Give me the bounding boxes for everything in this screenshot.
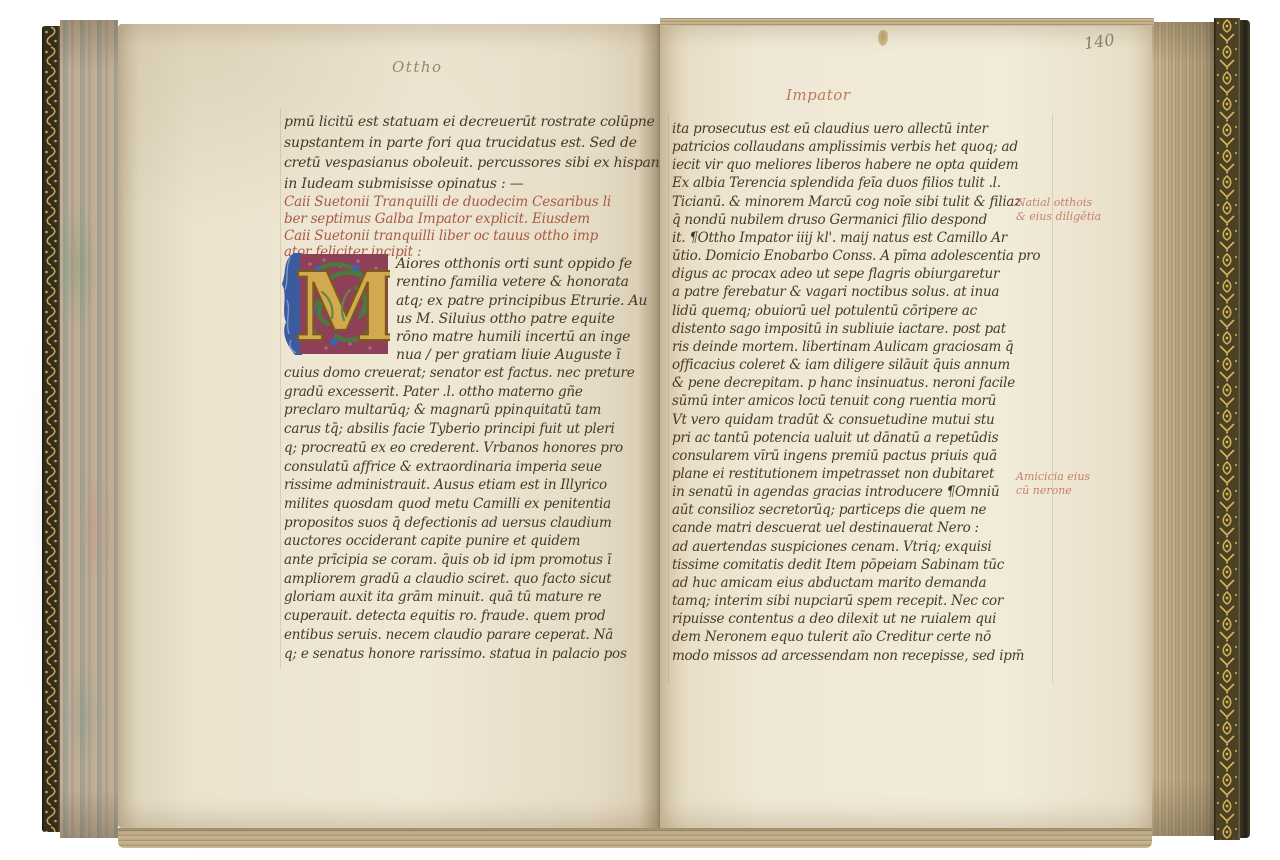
galba-ending-paragraph: pmū licitū est statuam ei decreuerūt ros…: [284, 112, 660, 194]
text-line: rōno matre humili incertū an inge: [396, 328, 647, 346]
ink-stain: [878, 30, 888, 46]
text-line: distento sago impositū in subliuie iacta…: [672, 320, 1040, 338]
otho-body-text-right: ita prosecutus est eū claudius uero alle…: [672, 120, 1040, 665]
text-line: supstantem in parte fori qua trucidatus …: [284, 133, 660, 154]
text-line: nua / per gratiam liuie Auguste ī: [396, 346, 647, 364]
text-line: gloriam auxit ita grām minuit. quā tū ma…: [284, 588, 635, 607]
text-line: lidū quemq; obuiorū uel potulentū cōripe…: [672, 302, 1040, 320]
text-line: ampliorem gradū a claudio sciret. quo fa…: [284, 570, 635, 589]
text-line: ante prīcipia se coram. q̄uis ob id ipm …: [284, 551, 635, 570]
right-page: Impator 140 ita prosecutus est eū claudi…: [660, 24, 1154, 832]
text-line: preclaro multarūq; & magnarū ppinquitatū…: [284, 401, 635, 420]
text-line: Amicicia eius: [1016, 470, 1090, 484]
text-line: propositos suos q̄ defectionis ad uersus…: [284, 514, 635, 533]
text-line: ris deinde mortem. libertinam Aulicam gr…: [672, 338, 1040, 356]
text-line: in senatū in agendas gracias introducere…: [672, 483, 1040, 501]
text-line: tamq; interim sibi nupciarū spem recepit…: [672, 592, 1040, 610]
folio-number: 140: [1083, 30, 1116, 53]
text-line: Caii Suetonii Tranquilli de duodecim Ces…: [284, 194, 611, 211]
text-line: us M. Siluius ottho patre equite: [396, 310, 647, 328]
left-cover-gilt-edge: [42, 26, 60, 832]
text-line: ripuisse contentus a deo dilexit ut ne r…: [672, 610, 1040, 628]
ruling-line: [668, 114, 669, 684]
text-line: patricios collaudans amplissimis verbis …: [672, 138, 1040, 156]
right-cover-edge: [1240, 20, 1250, 838]
text-line: consularem vīrū ingens premiū pactus pri…: [672, 447, 1040, 465]
text-line: rentino familia vetere & honorata: [396, 273, 647, 291]
right-page-block-fore-edge: [1152, 22, 1214, 836]
open-manuscript-book: Ottho pmū licitū est statuam ei decreuer…: [42, 16, 1250, 844]
text-line: ūtio. Domicio Enobarbo Conss. A pīma ado…: [672, 247, 1040, 265]
text-line: modo missos ad arcessendam non recepisse…: [672, 647, 1040, 665]
text-line: Ex albia Terencia splendida feīa duos fi…: [672, 174, 1040, 192]
text-line: milites quosdam quod metu Camilli ex pen…: [284, 495, 635, 514]
text-line: q; e senatus honore rarissimo. statua in…: [284, 645, 635, 664]
text-line: cuius domo creuerat; senator est factus.…: [284, 364, 635, 383]
text-line: Vt vero quidam tradūt & consuetudine mut…: [672, 411, 1040, 429]
text-line: sūmū inter amicos locū tenuit cong ruent…: [672, 392, 1040, 410]
text-line: pmū licitū est statuam ei decreuerūt ros…: [284, 112, 660, 133]
text-line: in Iudeam submisisse opinatus : —: [284, 174, 660, 195]
margin-note-birth-of-otho: Natial otthois& eius diligētia: [1016, 196, 1101, 224]
text-line: q̄ nondū nubilem druso Germanici filio d…: [672, 211, 1040, 229]
text-line: ber septimus Galba Impator explicit. Eiu…: [284, 211, 611, 228]
text-line: pri ac tantū potencia ualuit ut dānatū a…: [672, 429, 1040, 447]
text-line: & pene decrepitam. p hanc insinuatus. ne…: [672, 374, 1040, 392]
text-line: entibus seruis. necem claudio parare cep…: [284, 626, 635, 645]
text-line: dem Neronem equo tulerit aīo Creditur ce…: [672, 628, 1040, 646]
otho-body-text-left: cuius domo creuerat; senator est factus.…: [284, 364, 635, 663]
text-line: Natial otthois: [1016, 196, 1101, 210]
left-page: Ottho pmū licitū est statuam ei decreuer…: [118, 24, 660, 828]
otho-body-text-beside-initial: Aiores otthonis orti sunt oppido ferenti…: [396, 255, 647, 365]
text-line: officacius coleret & iam diligere silāui…: [672, 356, 1040, 374]
left-page-block-fore-edge: [60, 20, 118, 838]
text-line: iecit vir quo meliores liberos habere ne…: [672, 156, 1040, 174]
right-cover-gilt-border: [1214, 18, 1240, 840]
page-stack-top-edge: [660, 18, 1154, 26]
margin-note-friendship-with-nero: Amicicia eiuscū nerone: [1016, 470, 1090, 498]
text-line: atq; ex patre principibus Etrurie. Au: [396, 292, 647, 310]
text-line: cuperauit. detecta equitis ro. fraude. q…: [284, 607, 635, 626]
running-header-right: Impator: [786, 86, 850, 104]
text-line: tissime comitatis dedit Item pōpeiam Sab…: [672, 556, 1040, 574]
page-stack-bottom-edge: [118, 828, 1152, 848]
text-line: ad auertendas suspiciones cenam. Vtriq; …: [672, 538, 1040, 556]
text-line: carus tq̄; absilis facie Tyberio princip…: [284, 420, 635, 439]
text-line: rissime administrauit. Ausus etiam est i…: [284, 476, 635, 495]
ruling-line: [280, 108, 281, 668]
text-line: it. ¶Ottho Impator iiij kl'. maij natus …: [672, 229, 1040, 247]
marbled-edge-texture: [60, 20, 118, 838]
text-line: plane ei restitutionem impetrasset non d…: [672, 465, 1040, 483]
text-line: cande matri descuerat uel destinauerat N…: [672, 519, 1040, 537]
text-line: Aiores otthonis orti sunt oppido fe: [396, 255, 647, 273]
text-line: consulatū affrice & extraordinaria imper…: [284, 458, 635, 477]
text-line: ita prosecutus est eū claudius uero alle…: [672, 120, 1040, 138]
running-header-left: Ottho: [392, 58, 443, 76]
photo-background: { "folio": { "number": "140" }, "left_pa…: [0, 0, 1280, 860]
text-line: aūt consilioz secretorūq; particeps die …: [672, 501, 1040, 519]
illuminated-initial-m: M: [278, 252, 390, 356]
text-line: & eius diligētia: [1016, 210, 1101, 224]
text-line: ad huc amicam eius abductam marito deman…: [672, 574, 1040, 592]
text-line: digus ac procax adeo ut sepe flagris obi…: [672, 265, 1040, 283]
text-line: Ticianū. & minorem Marcū cog noīe sibi t…: [672, 193, 1040, 211]
text-line: cretū vespasianus oboleuit. percussores …: [284, 153, 660, 174]
text-line: q; procreatū ex eo crederent. Vrbanos ho…: [284, 439, 635, 458]
text-line: Caii Suetonii tranquilli liber oc tauus …: [284, 228, 611, 245]
text-line: cū nerone: [1016, 484, 1090, 498]
text-line: auctores occiderant capite punire et qui…: [284, 532, 635, 551]
text-line: gradū excesserit. Pater .l. ottho matern…: [284, 383, 635, 402]
text-line: a patre ferebatur & vagari noctibus solu…: [672, 283, 1040, 301]
